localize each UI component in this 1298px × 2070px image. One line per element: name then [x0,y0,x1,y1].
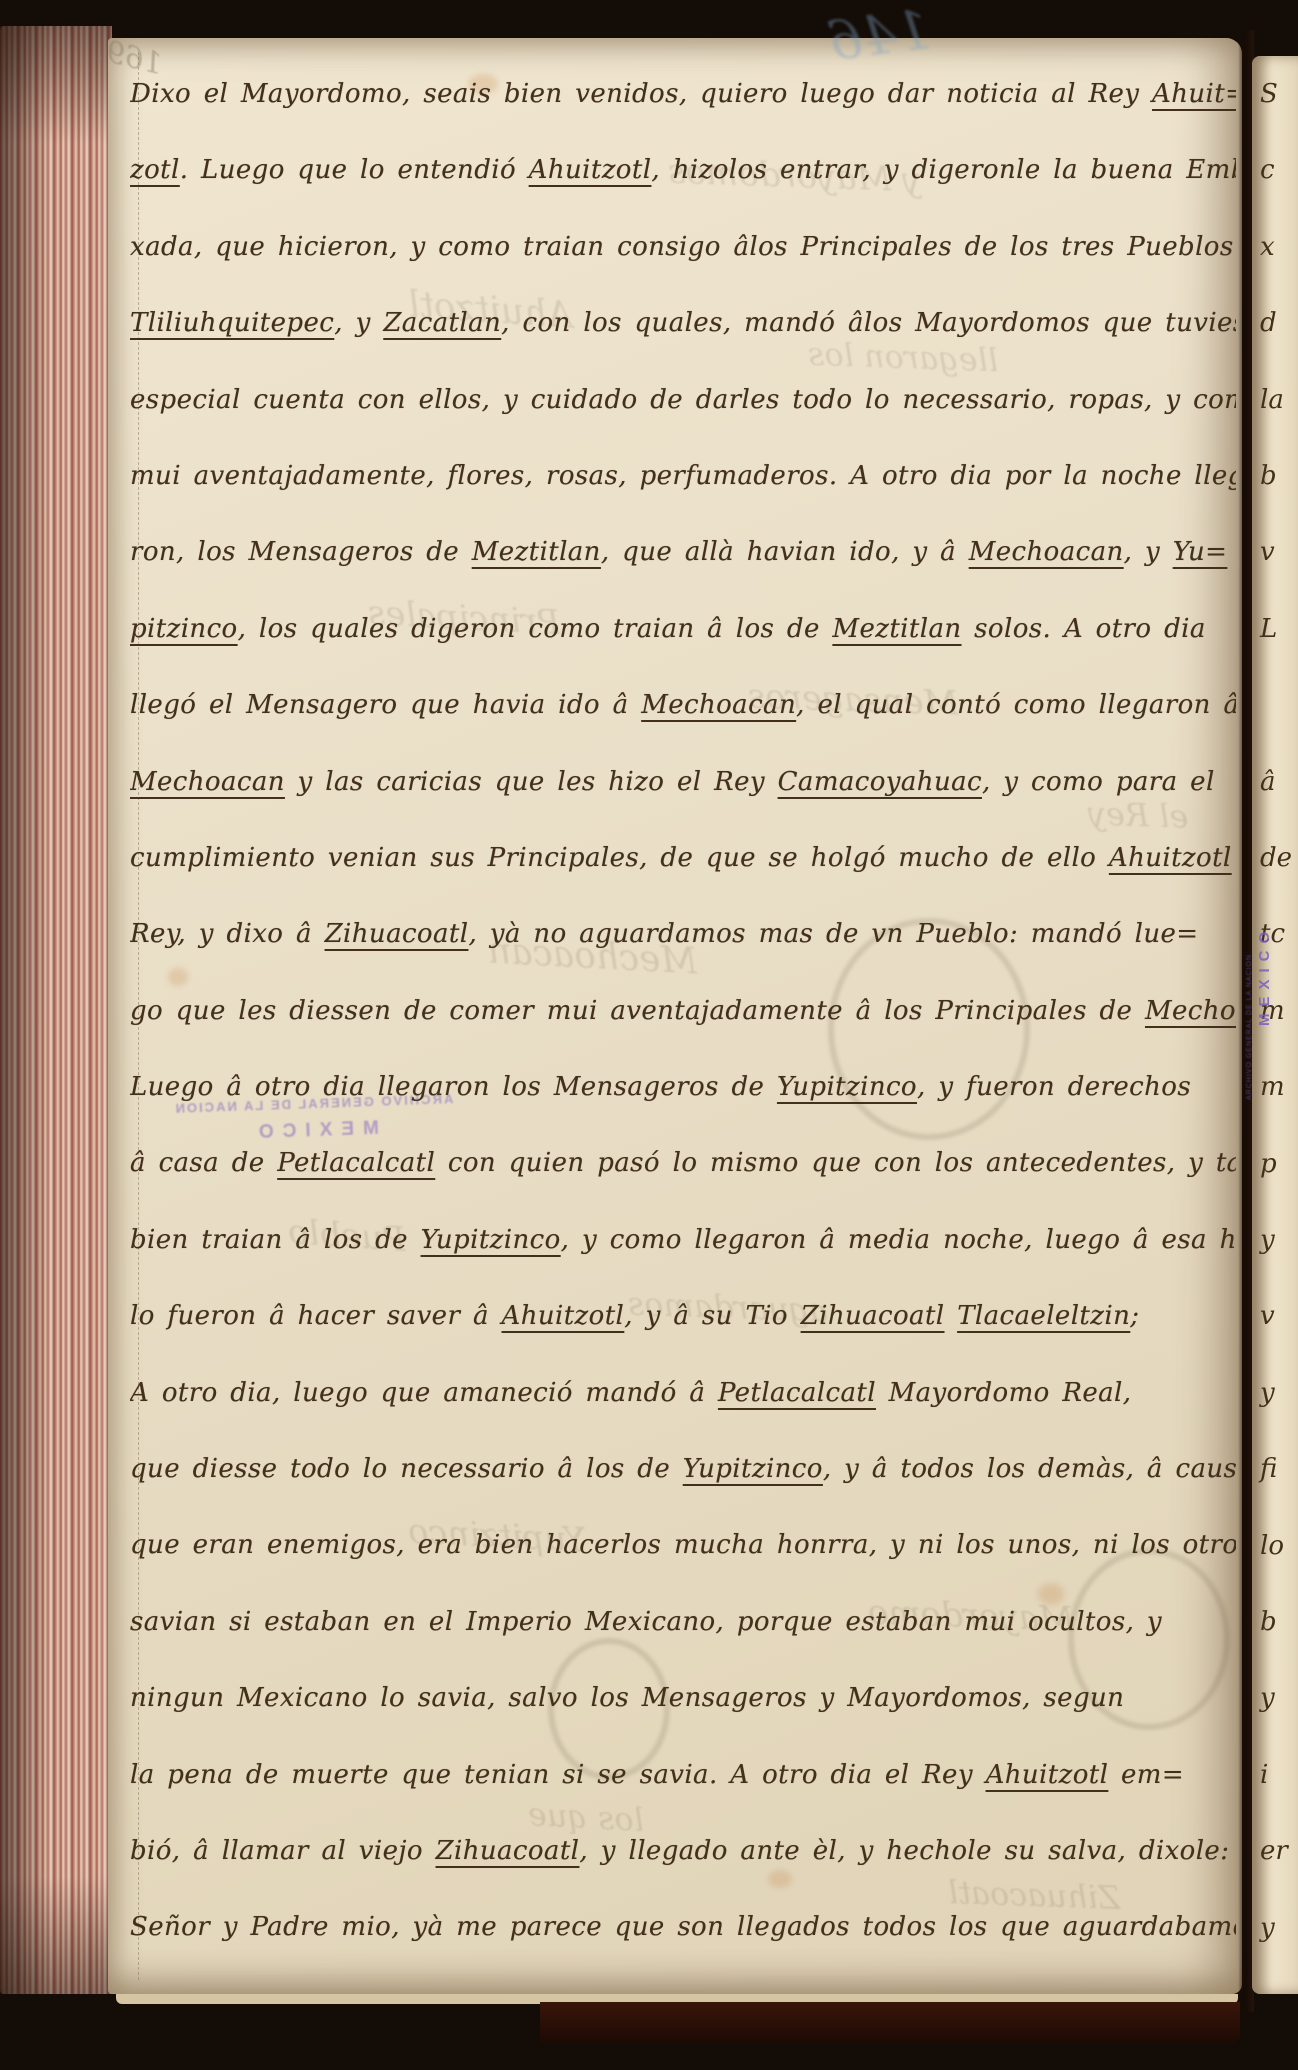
archive-stamp-mexico: MEXICO [1256,876,1273,1026]
manuscript-page: y MayordomosAhuitzotlllegaron losPrincip… [108,38,1242,1994]
text-segment: Dixo el Mayordomo, seais bien venidos, q… [130,79,1152,109]
manuscript-line: go que les diessen de comer mui aventaja… [130,973,1236,1049]
text-segment: . Luego que lo entendió [180,155,529,185]
underlined-proper-name: zotl [130,155,180,185]
manuscript-line: cumplimiento venian sus Principales, de … [130,820,1236,896]
facing-page-fragment: b [1260,438,1277,514]
underlined-proper-name: Mechoacan [969,537,1124,567]
text-segment: , y [1124,537,1173,567]
text-segment: xada, que hicieron, y como traian consig… [130,232,1236,262]
manuscript-text: Dixo el Mayordomo, seais bien venidos, q… [130,56,1236,1966]
text-segment: que eran enemigos, era bien hacerlos muc… [130,1530,1236,1560]
underlined-proper-name: Ahuitzotl [502,1301,625,1331]
facing-page-fragment: y [1260,1355,1275,1431]
manuscript-line: que eran enemigos, era bien hacerlos muc… [130,1507,1236,1583]
manuscript-line: llegó el Mensagero que havia ido â Mecho… [130,667,1236,743]
facing-page-fragment: v [1260,1278,1275,1354]
underlined-proper-name: Zihuacoatl [436,1836,580,1866]
manuscript-line: mui aventajadamente, flores, rosas, perf… [130,438,1236,514]
facing-page-fragment: L [1260,591,1277,667]
underlined-proper-name: Camacoyahuac [778,767,982,797]
text-segment: lo fueron â hacer saver â [130,1301,502,1331]
underlined-proper-name: Petlacalcatl [277,1148,435,1178]
text-segment: especial cuenta con ellos, y cuidado de … [130,385,1236,415]
text-segment: em= [1108,1760,1184,1790]
text-segment: Luego â otro dia llegaron los Mensageros… [130,1072,777,1102]
manuscript-line: bien traian â los de Yupitzinco, y como … [130,1202,1236,1278]
manuscript-line: Tliliuhquitepec, y Zacatlan, con los qua… [130,285,1236,361]
text-segment: go que les diessen de comer mui aventaja… [130,996,1145,1026]
facing-page-fragment: b [1260,1584,1277,1660]
text-segment: cumplimiento venian sus Principales, de … [130,843,1109,873]
facing-page-fragment: x [1260,209,1275,285]
facing-page-fragment: fi [1260,1431,1277,1507]
text-segment: , y [334,308,383,338]
text-segment: , los quales digeron como traian â los d… [238,614,833,644]
text-segment: mui aventajadamente, flores, rosas, perf… [130,461,1236,491]
text-segment: â casa de [130,1148,277,1178]
underlined-proper-name: Mechoacan [130,767,285,797]
manuscript-line: lo fueron â hacer saver â Ahuitzotl, y â… [130,1278,1236,1354]
manuscript-line: la pena de muerte que tenian si se savia… [130,1737,1236,1813]
fore-edge-shading [0,26,112,1994]
text-segment: con quien pasó lo mismo que con los ante… [435,1148,1236,1178]
facing-page-fragment: p [1260,1126,1277,1202]
text-segment: , y â su Tio [624,1301,800,1331]
underlined-proper-name: Mechoacan [1145,996,1236,1026]
text-segment: ; [1130,1301,1139,1331]
manuscript-line: Luego â otro dia llegaron los Mensageros… [130,1049,1236,1125]
manuscript-line: ron, los Mensageros de Meztitlan, que al… [130,514,1236,590]
manuscript-line: Dixo el Mayordomo, seais bien venidos, q… [130,56,1236,132]
manuscript-line: ningun Mexicano lo savia, salvo los Mens… [130,1660,1236,1736]
text-segment: savian si estaban en el Imperio Mexicano… [130,1607,1162,1637]
facing-page-fragment: S [1260,56,1278,132]
underlined-proper-name: Yupitzinco [777,1072,917,1102]
open-book-photo: y MayordomosAhuitzotlllegaron losPrincip… [0,0,1298,2070]
facing-page-fragment: i [1260,1737,1268,1813]
manuscript-line: Rey, y dixo â Zihuacoatl, yà no aguardam… [130,896,1236,972]
underlined-proper-name: Yu= [1173,537,1228,567]
text-segment: que diesse todo lo necessario â los de [130,1454,683,1484]
manuscript-line: Mechoacan y las caricias que les hizo el… [130,744,1236,820]
underlined-proper-name: Meztitlan [832,614,961,644]
underlined-proper-name: Meztitlan [472,537,601,567]
facing-page-fragment: er [1260,1813,1288,1889]
underlined-proper-name: Mechoacan [641,690,796,720]
manuscript-line: especial cuenta con ellos, y cuidado de … [130,362,1236,438]
text-segment: A otro dia, luego que amaneció mandó â [130,1378,718,1408]
text-segment: ningun Mexicano lo savia, salvo los Mens… [130,1683,1124,1713]
underlined-proper-name: Yupitzinco [421,1225,561,1255]
text-segment: bien traian â los de [130,1225,421,1255]
text-segment: , y como llegaron â media noche, luego â… [561,1225,1236,1255]
facing-page-fragment: d [1260,285,1277,361]
facing-page-fragment: y [1260,1660,1275,1736]
facing-page-fragment: â [1260,744,1276,820]
manuscript-line: A otro dia, luego que amaneció mandó â P… [130,1355,1236,1431]
underlined-proper-name: Petlacalcatl [718,1378,876,1408]
blue-pencil-bleedthrough: 146 [825,0,935,73]
text-segment: , y fueron derechos [917,1072,1191,1102]
facing-page-fragment: y [1260,1890,1275,1966]
underlined-proper-name: Tlacaeleltzin [957,1301,1130,1331]
manuscript-line: bió, â llamar al viejo Zihuacoatl, y lle… [130,1813,1236,1889]
underlined-proper-name: Ahuitzotl [1109,843,1232,873]
underlined-proper-name: Ahuitzotl [529,155,652,185]
book-binding-bottom [540,2002,1240,2044]
text-segment: , hizolos entrar, y digeronle la buena E… [651,155,1236,185]
text-segment: bió, â llamar al viejo [130,1836,436,1866]
facing-page-fragment: la [1260,362,1284,438]
text-segment: y las caricias que les hizo el Rey [285,767,778,797]
facing-page-fragment: v [1260,514,1275,590]
text-segment: , yà no aguardamos mas de vn Pueblo: man… [468,919,1198,949]
facing-page-fragment: y [1260,1202,1275,1278]
text-segment: ron, los Mensageros de [130,537,472,567]
text-segment: Señor y Padre mio, yà me parece que son … [130,1912,1236,1942]
text-segment: solos. A otro dia [962,614,1206,644]
text-segment: , el qual contó como llegaron â [796,690,1236,720]
text-segment: la pena de muerte que tenian si se savia… [130,1760,986,1790]
text-segment: , y como para el [982,767,1215,797]
underlined-proper-name: Ahuit= [1152,79,1236,109]
text-segment [945,1301,958,1331]
facing-page-fragment: m [1260,1049,1285,1125]
underlined-proper-name: Zacatlan [383,308,501,338]
manuscript-line: que diesse todo lo necessario â los de Y… [130,1431,1236,1507]
text-segment: Mayordomo Real, [876,1378,1131,1408]
underlined-proper-name: Zihuacoatl [325,919,469,949]
underlined-proper-name: Zihuacoatl [801,1301,945,1331]
manuscript-line: zotl. Luego que lo entendió Ahuitzotl, h… [130,132,1236,208]
text-segment: , y llegado ante èl, y hechole su salva,… [579,1836,1229,1866]
manuscript-line: xada, que hicieron, y como traian consig… [130,209,1236,285]
text-segment: , que allà havian ido, y â [601,537,969,567]
text-segment: llegó el Mensagero que havia ido â [130,690,641,720]
book-fore-edge [0,26,112,1994]
manuscript-line: pitzinco, los quales digeron como traian… [130,591,1236,667]
underlined-proper-name: Tliliuhquitepec [130,308,334,338]
underlined-proper-name: Ahuitzotl [986,1760,1109,1790]
manuscript-line: Señor y Padre mio, yà me parece que son … [130,1889,1236,1965]
facing-page-fragment: c [1260,132,1275,208]
manuscript-line: savian si estaban en el Imperio Mexicano… [130,1584,1236,1660]
text-segment: Rey, y dixo â [130,919,325,949]
facing-page-fragment: lo [1260,1508,1284,1584]
archive-stamp-vertical-small: ARCHIVO GENERAL DE LA NACION [1246,940,1253,1100]
text-segment: , y â todos los demàs, â causa [823,1454,1236,1484]
text-segment: , con los quales, mandó âlos Mayordomos … [501,308,1236,338]
underlined-proper-name: Yupitzinco [683,1454,823,1484]
underlined-proper-name: pitzinco [130,614,238,644]
manuscript-line: â casa de Petlacalcatl con quien pasó lo… [130,1125,1236,1201]
